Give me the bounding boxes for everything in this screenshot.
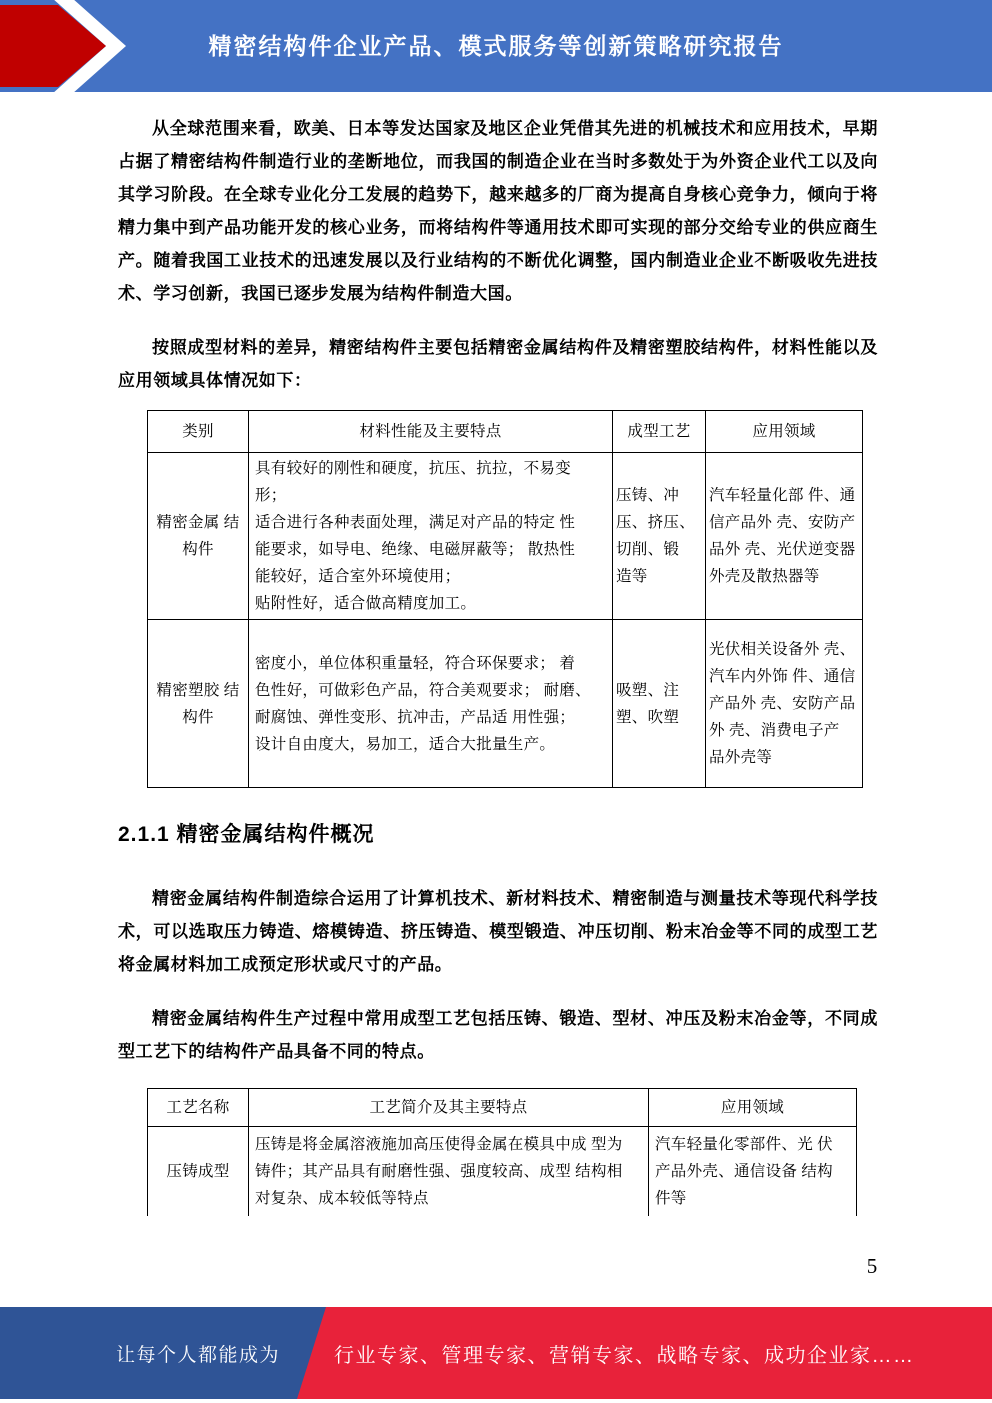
cell-category-metal: 精密金属 结 构件	[148, 453, 249, 620]
col-header-process-desc: 工艺简介及其主要特点	[249, 1089, 649, 1127]
table-header-row: 工艺名称 工艺简介及其主要特点 应用领域	[148, 1089, 857, 1127]
col-header-features: 材料性能及主要特点	[249, 411, 613, 453]
table-header-row: 类别 材料性能及主要特点 成型工艺 应用领域	[148, 411, 863, 453]
table-row: 精密塑胶 结 构件 密度小，单位体积重量轻，符合环保要求； 着 色性好，可做彩色…	[148, 620, 863, 788]
col-header-applications: 应用领域	[706, 411, 863, 453]
cell-applications-plastic: 光伏相关设备外 壳、 汽车内外饰 件、通信 产品外 壳、安防产品 外 壳、消费电…	[706, 620, 863, 788]
col-header-category: 类别	[148, 411, 249, 453]
material-category-table: 类别 材料性能及主要特点 成型工艺 应用领域 精密金属 结 构件 具有较好的刚性…	[147, 410, 863, 788]
paragraph-process-intro: 精密金属结构件生产过程中常用成型工艺包括压铸、锻造、型材、冲压及粉末冶金等，不同…	[118, 1002, 878, 1068]
report-title: 精密结构件企业产品、模式服务等创新策略研究报告	[0, 0, 992, 88]
report-page: 精密结构件企业产品、模式服务等创新策略研究报告 从全球范围来看，欧美、日本等发达…	[0, 0, 992, 1403]
cell-category-plastic: 精密塑胶 结 构件	[148, 620, 249, 788]
footer-slogan-right: 行业专家、管理专家、营销专家、战略专家、成功企业家……	[334, 1307, 944, 1399]
cell-process-desc-diecast: 压铸是将金属溶液施加高压使得金属在模具中成 型为 铸件；其产品具有耐磨性强、强度…	[249, 1127, 649, 1217]
paragraph-metal-overview: 精密金属结构件制造综合运用了计算机技术、新材料技术、精密制造与测量技术等现代科学…	[118, 882, 878, 981]
col-header-process: 成型工艺	[613, 411, 706, 453]
paragraph-global-overview: 从全球范围来看，欧美、日本等发达国家及地区企业凭借其先进的机械技术和应用技术，早…	[118, 112, 878, 310]
paragraph-material-intro: 按照成型材料的差异，精密结构件主要包括精密金属结构件及精密塑胶结构件，材料性能以…	[118, 331, 878, 397]
footer-slogan-left: 让每个人都能成为	[116, 1307, 306, 1399]
cell-process-plastic: 吸塑、注 塑、吹塑	[613, 620, 706, 788]
cell-applications-metal: 汽车轻量化部 件、通 信产品外 壳、安防产 品外 壳、光伏逆变器 外壳及散热器等	[706, 453, 863, 620]
cell-features-metal: 具有较好的刚性和硬度，抗压、抗拉，不易变 形； 适合进行各种表面处理，满足对产品…	[249, 453, 613, 620]
cell-process-apps-diecast: 汽车轻量化零部件、光 伏 产品外壳、通信设备 结构 件等	[649, 1127, 857, 1217]
col-header-process-name: 工艺名称	[148, 1089, 249, 1127]
cell-features-plastic: 密度小，单位体积重量轻，符合环保要求； 着 色性好，可做彩色产品，符合美观要求；…	[249, 620, 613, 788]
table-row: 精密金属 结 构件 具有较好的刚性和硬度，抗压、抗拉，不易变 形； 适合进行各种…	[148, 453, 863, 620]
section-heading-2-1-1: 2.1.1 精密金属结构件概况	[118, 818, 375, 848]
cell-process-metal: 压铸、冲 压、挤压、 切削、锻 造等	[613, 453, 706, 620]
cell-process-name-diecast: 压铸成型	[148, 1127, 249, 1217]
process-table: 工艺名称 工艺简介及其主要特点 应用领域 压铸成型 压铸是将金属溶液施加高压使得…	[147, 1088, 857, 1216]
page-number: 5	[852, 1254, 892, 1279]
table-row: 压铸成型 压铸是将金属溶液施加高压使得金属在模具中成 型为 铸件；其产品具有耐磨…	[148, 1127, 857, 1217]
col-header-process-apps: 应用领域	[649, 1089, 857, 1127]
